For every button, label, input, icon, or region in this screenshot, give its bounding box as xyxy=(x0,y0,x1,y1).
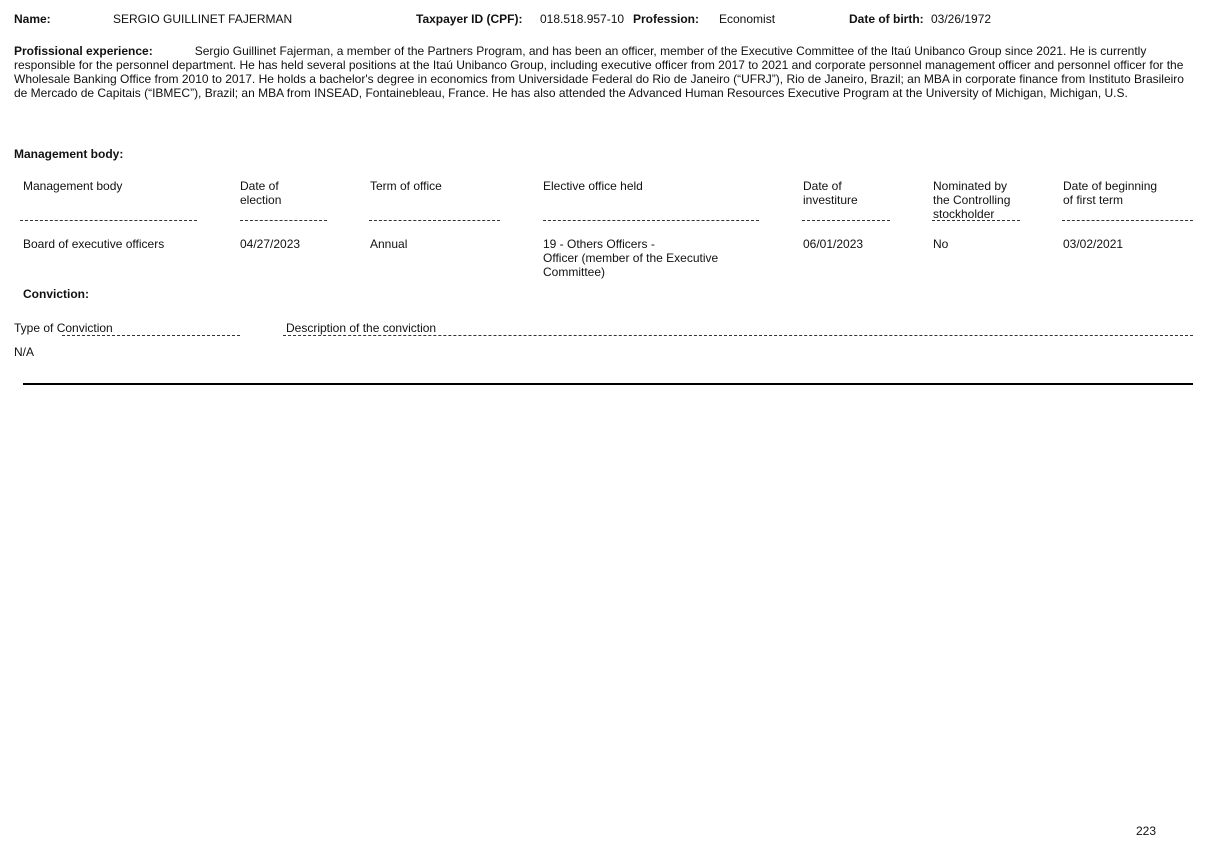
table-cell: No xyxy=(933,237,948,251)
conviction-description-rule xyxy=(283,335,1193,336)
table-cell: 04/27/2023 xyxy=(240,237,300,251)
table-cell: 03/02/2021 xyxy=(1063,237,1123,251)
conviction-type-rule xyxy=(62,335,240,336)
experience-text: Sergio Guillinet Fajerman, a member of t… xyxy=(14,44,1184,100)
conviction-type-label: Type of Conviction xyxy=(14,321,113,335)
name-label: Name: xyxy=(14,12,51,26)
table-cell: 19 - Others Officers -Officer (member of… xyxy=(543,237,718,279)
column-header-rule xyxy=(20,220,197,221)
management-section-title: Management body: xyxy=(14,147,123,161)
column-header-rule xyxy=(932,220,1020,221)
conviction-description-label: Description of the conviction xyxy=(286,321,436,335)
column-header: Nominated bythe Controllingstockholder xyxy=(933,179,1010,221)
column-header-rule xyxy=(369,220,500,221)
column-header-rule xyxy=(1062,220,1193,221)
professional-experience: Profissional experience:Sergio Guillinet… xyxy=(14,45,1184,101)
column-header: Date of beginningof first term xyxy=(1063,179,1157,207)
table-cell: Board of executive officers xyxy=(23,237,164,251)
conviction-section-title: Conviction: xyxy=(23,287,89,301)
experience-label: Profissional experience: xyxy=(14,44,153,58)
taxpayer-value: 018.518.957-10 xyxy=(540,12,624,26)
column-header-rule xyxy=(240,220,327,221)
name-value: SERGIO GUILLINET FAJERMAN xyxy=(113,12,292,26)
table-cell: Annual xyxy=(370,237,407,251)
column-header-rule xyxy=(802,220,890,221)
column-header: Date ofinvestiture xyxy=(803,179,858,207)
taxpayer-label: Taxpayer ID (CPF): xyxy=(416,12,522,26)
dob-label: Date of birth: xyxy=(849,12,924,26)
dob-value: 03/26/1972 xyxy=(931,12,991,26)
profession-value: Economist xyxy=(719,12,775,26)
conviction-value: N/A xyxy=(14,345,34,359)
table-cell: 06/01/2023 xyxy=(803,237,863,251)
column-header: Term of office xyxy=(370,179,442,193)
profession-label: Profession: xyxy=(633,12,699,26)
page-number: 223 xyxy=(1136,824,1156,838)
column-header: Date ofelection xyxy=(240,179,281,207)
section-divider xyxy=(23,383,1193,385)
column-header: Management body xyxy=(23,179,122,193)
column-header-rule xyxy=(543,220,759,221)
column-header: Elective office held xyxy=(543,179,643,193)
